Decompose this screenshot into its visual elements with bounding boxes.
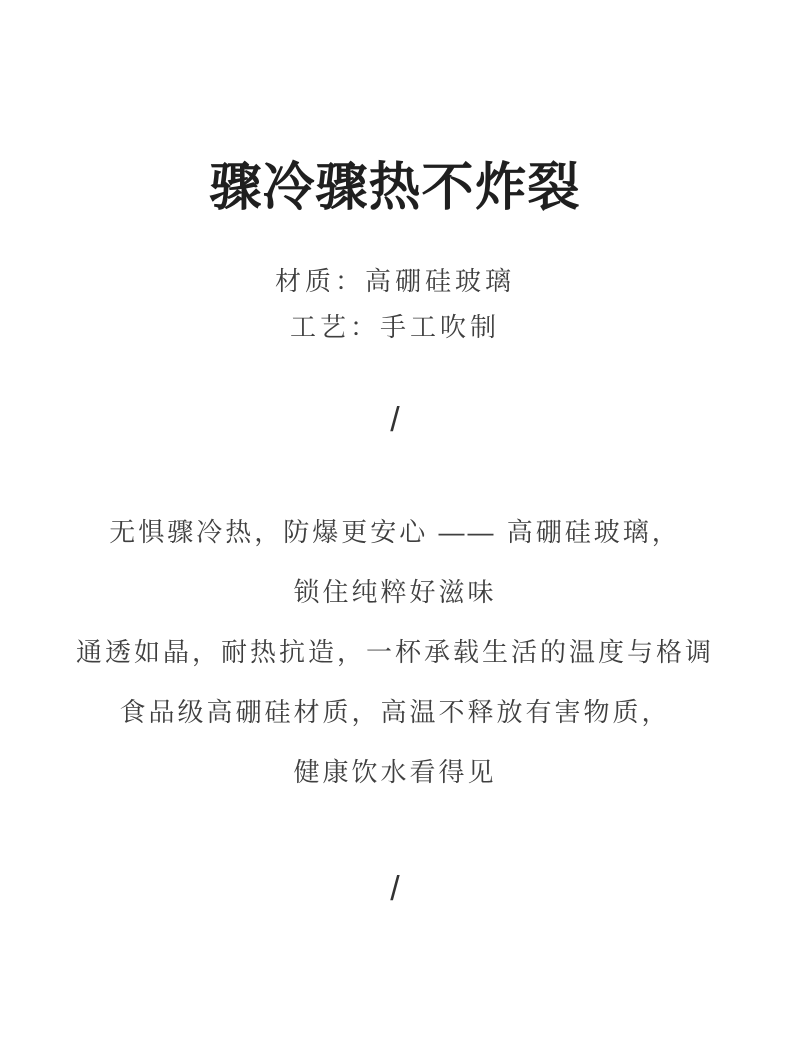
product-description-page: 骤冷骤热不炸裂 材质：高硼硅玻璃 工艺：手工吹制 / 无惧骤冷热，防爆更安心 —… [0, 0, 790, 1048]
body-line: 锁住纯粹好滋味 [0, 562, 790, 622]
body-line: 无惧骤冷热，防爆更安心 —— 高硼硅玻璃， [0, 502, 790, 562]
body-line: 通透如晶，耐热抗造，一杯承载生活的温度与格调 [0, 622, 790, 682]
slash-divider-bottom: / [0, 864, 790, 914]
slash-divider-top: / [0, 395, 790, 445]
body-line: 食品级高硼硅材质，高温不释放有害物质， [0, 682, 790, 742]
spec-line-craft: 工艺：手工吹制 [0, 304, 790, 350]
spec-line-material: 材质：高硼硅玻璃 [0, 258, 790, 304]
spec-list: 材质：高硼硅玻璃 工艺：手工吹制 [0, 258, 790, 350]
body-line: 健康饮水看得见 [0, 742, 790, 802]
body-copy: 无惧骤冷热，防爆更安心 —— 高硼硅玻璃， 锁住纯粹好滋味 通透如晶，耐热抗造，… [0, 502, 790, 802]
page-title: 骤冷骤热不炸裂 [0, 0, 790, 217]
